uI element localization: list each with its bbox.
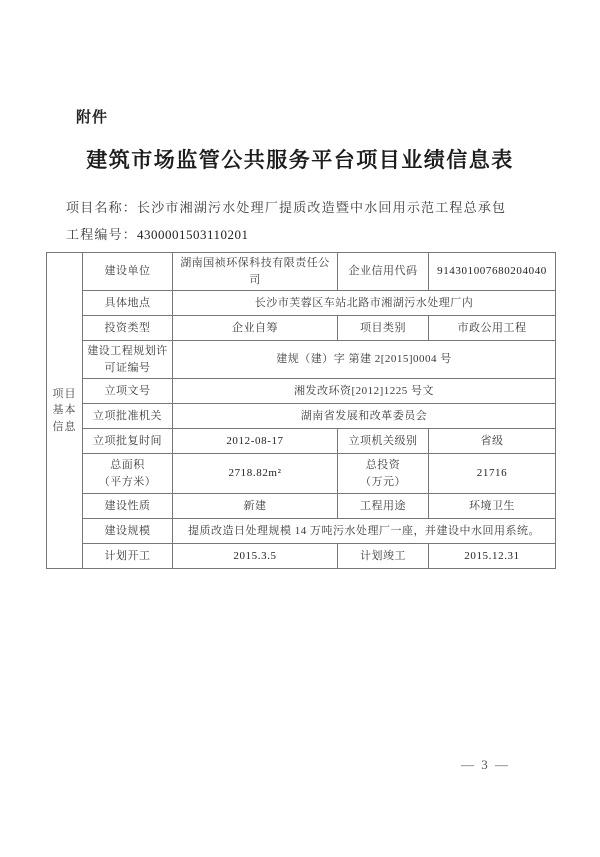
table-row: 项目 基本 信息 建设单位 湖南国祯环保科技有限责任公司 企业信用代码 9143… <box>47 253 556 291</box>
field-value-cell: 2012-08-17 <box>173 429 338 454</box>
project-name-value: 长沙市湘湖污水处理厂提质改造暨中水回用示范工程总承包 <box>137 200 506 215</box>
field-value-cell: 湖南省发展和改革委员会 <box>173 404 556 429</box>
field-label-cell: 企业信用代码 <box>338 253 429 291</box>
table-row: 立项批复时间 2012-08-17 立项机关级别 省级 <box>47 429 556 454</box>
project-code-value: 4300001503110201 <box>137 227 249 242</box>
table-row: 立项批准机关 湖南省发展和改革委员会 <box>47 404 556 429</box>
project-code-line: 工程编号：4300001503110201 <box>66 224 249 243</box>
field-label-cell: 总投资 （万元） <box>338 454 429 494</box>
field-value-cell: 建规（建）字 第建 2[2015]0004 号 <box>173 341 556 379</box>
project-name-label: 项目名称： <box>66 200 137 215</box>
field-label-cell: 总面积 （平方米） <box>83 454 173 494</box>
field-value-cell: 湖南国祯环保科技有限责任公司 <box>173 253 338 291</box>
field-label-cell: 工程用途 <box>338 494 429 519</box>
attachment-label: 附件 <box>76 106 108 127</box>
field-value-cell: 2718.82m² <box>173 454 338 494</box>
field-value-cell: 企业自筹 <box>173 316 338 341</box>
table-row: 总面积 （平方米） 2718.82m² 总投资 （万元） 21716 <box>47 454 556 494</box>
project-name-line: 项目名称：长沙市湘湖污水处理厂提质改造暨中水回用示范工程总承包 <box>66 197 506 216</box>
field-label-cell: 立项文号 <box>83 379 173 404</box>
field-value-cell: 湘发改环资[2012]1225 号文 <box>173 379 556 404</box>
table-row: 建设性质 新建 工程用途 环境卫生 <box>47 494 556 519</box>
field-label-cell: 计划竣工 <box>338 544 429 569</box>
field-value-cell: 提质改造日处理规模 14 万吨污水处理厂一座，并建设中水回用系统。 <box>173 519 556 544</box>
field-value-cell: 2015.3.5 <box>173 544 338 569</box>
table-row: 具体地点 长沙市芙蓉区车站北路市湘湖污水处理厂内 <box>47 291 556 316</box>
field-label-cell: 立项批复时间 <box>83 429 173 454</box>
field-value-cell: 914301007680204040 <box>429 253 556 291</box>
page-number: — 3 — <box>461 757 510 773</box>
field-label-cell: 建设规模 <box>83 519 173 544</box>
field-value-cell: 21716 <box>429 454 556 494</box>
field-label-cell: 具体地点 <box>83 291 173 316</box>
table-row: 建设工程规划许可证编号 建规（建）字 第建 2[2015]0004 号 <box>47 341 556 379</box>
field-label-cell: 建设性质 <box>83 494 173 519</box>
field-label-cell: 建设单位 <box>83 253 173 291</box>
field-value-cell: 2015.12.31 <box>429 544 556 569</box>
field-value-cell: 省级 <box>429 429 556 454</box>
table-row: 建设规模 提质改造日处理规模 14 万吨污水处理厂一座，并建设中水回用系统。 <box>47 519 556 544</box>
project-code-label: 工程编号： <box>66 227 137 242</box>
field-label-cell: 立项机关级别 <box>338 429 429 454</box>
table-row: 计划开工 2015.3.5 计划竣工 2015.12.31 <box>47 544 556 569</box>
page-title: 建筑市场监管公共服务平台项目业绩信息表 <box>0 144 600 174</box>
field-label-cell: 建设工程规划许可证编号 <box>83 341 173 379</box>
side-label-project-basic-info: 项目 基本 信息 <box>47 253 83 569</box>
table-row: 立项文号 湘发改环资[2012]1225 号文 <box>47 379 556 404</box>
document-page: 附件 建筑市场监管公共服务平台项目业绩信息表 项目名称：长沙市湘湖污水处理厂提质… <box>0 0 600 857</box>
field-label-cell: 计划开工 <box>83 544 173 569</box>
field-label-cell: 投资类型 <box>83 316 173 341</box>
field-label-cell: 立项批准机关 <box>83 404 173 429</box>
field-value-cell: 环境卫生 <box>429 494 556 519</box>
field-value-cell: 新建 <box>173 494 338 519</box>
project-info-table: 项目 基本 信息 建设单位 湖南国祯环保科技有限责任公司 企业信用代码 9143… <box>46 252 556 569</box>
table-row: 投资类型 企业自筹 项目类别 市政公用工程 <box>47 316 556 341</box>
field-value-cell: 市政公用工程 <box>429 316 556 341</box>
field-value-cell: 长沙市芙蓉区车站北路市湘湖污水处理厂内 <box>173 291 556 316</box>
field-label-cell: 项目类别 <box>338 316 429 341</box>
